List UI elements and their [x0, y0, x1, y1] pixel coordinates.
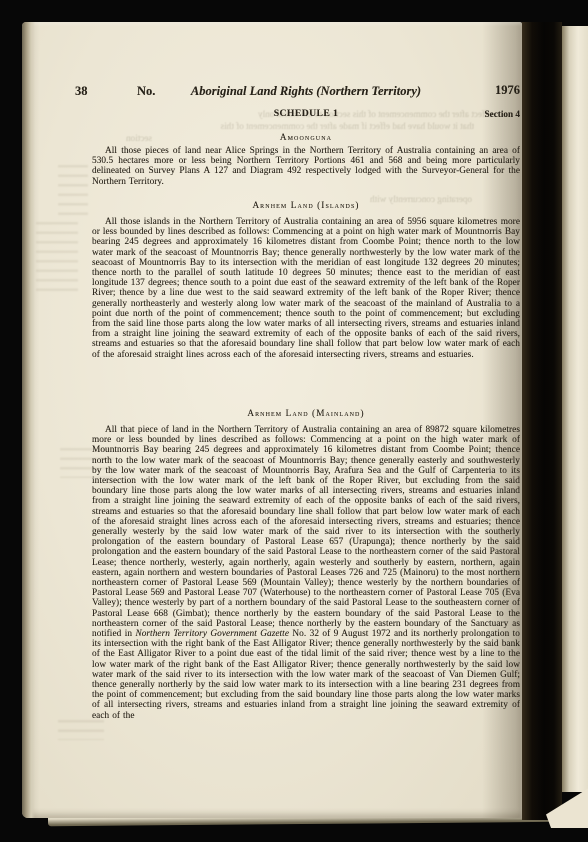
- section-heading-arnhem-islands: Arnhem Land (Islands): [92, 200, 520, 210]
- page-stack-edge: [22, 22, 35, 818]
- running-header: 38 No. Aboriginal Land Rights (Northern …: [92, 84, 520, 100]
- section-heading-amoonguna: Amoonguna: [92, 132, 520, 142]
- year: 1976: [495, 83, 520, 98]
- section-heading-arnhem-mainland: Arnhem Land (Mainland): [92, 408, 520, 418]
- act-number-label: No.: [137, 84, 155, 99]
- book-page: effect after the commencement of this se…: [22, 22, 522, 818]
- body-text: No. 32 of 9 August 1972 and its northerl…: [92, 629, 520, 721]
- schedule-heading: SCHEDULE 1: [92, 108, 520, 119]
- bleed-through-smudge: [58, 165, 88, 220]
- gazette-citation: Northern Territory Government Gazette: [135, 629, 289, 639]
- book-gutter-shadow: [522, 22, 562, 820]
- running-title: Aboriginal Land Rights (Northern Territo…: [92, 84, 520, 99]
- section-body-arnhem-mainland: All that piece of land in the Northern T…: [92, 425, 520, 721]
- schedule-row: SCHEDULE 1 Section 4: [92, 108, 520, 121]
- section-reference: Section 4: [485, 109, 520, 119]
- bleed-through-text: that it would have had effect if made af…: [92, 121, 474, 131]
- section-body-amoonguna: All those pieces of land near Alice Spri…: [92, 146, 520, 187]
- body-text: All that piece of land in the Northern T…: [92, 425, 520, 639]
- adjacent-page-edge: [562, 26, 588, 792]
- bleed-through-smudge: [58, 720, 104, 740]
- book-photo: effect after the commencement of this se…: [0, 0, 588, 842]
- page-number: 38: [75, 84, 88, 99]
- section-body-arnhem-islands: All those islands in the Northern Territ…: [92, 217, 520, 360]
- bleed-through-smudge: [36, 222, 78, 294]
